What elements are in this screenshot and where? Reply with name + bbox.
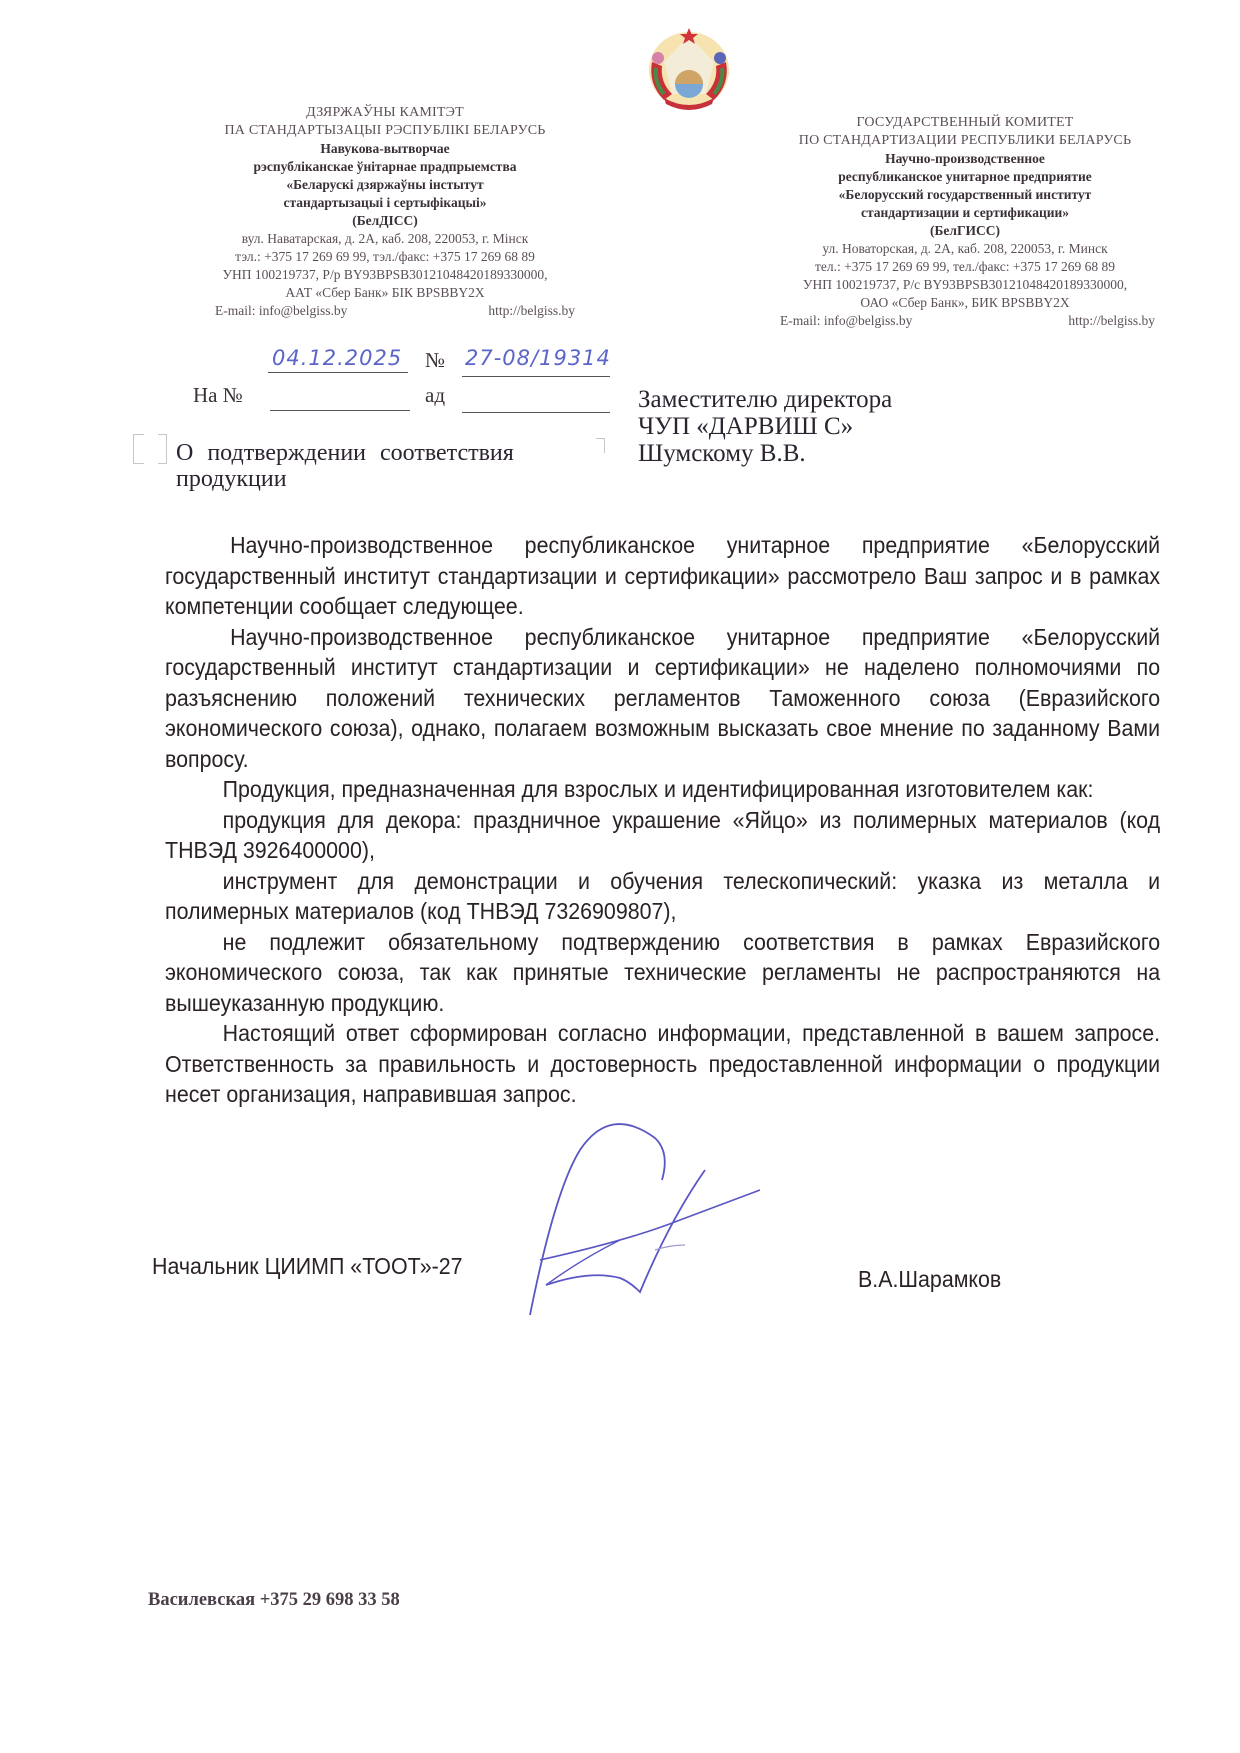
org-name-ru-2: стандартизации и сертификации» [745,204,1185,222]
outgoing-date: 04.12.2025 [272,346,402,370]
org-type-ru-2: республиканское унитарное предприятие [745,168,1185,186]
letterhead-belarusian: ДЗЯРЖАЎНЫ КАМІТЭТ ПА СТАНДАРТЫЗАЦЫІ РЭСП… [165,104,605,320]
belarus-state-emblem-icon [634,22,744,112]
org-name-ru: «Белорусский государственный институт [745,186,1185,204]
org-abbr-ru: (БелГИСС) [745,222,1185,240]
date-underline [268,372,408,373]
addressee-position: Заместителю директора [638,386,892,413]
paragraph-intro: Научно-производственное республиканское … [165,530,1160,622]
number-underline [462,376,610,377]
signatory-name: В.А.Шарамков [858,1266,1001,1293]
reply-to-label: На № [193,383,243,408]
letterhead-russian: ГОСУДАРСТВЕННЫЙ КОМИТЕТ ПО СТАНДАРТИЗАЦИ… [745,114,1185,330]
product-item-decor: продукция для декора: праздничное украше… [165,805,1160,866]
org-type-ru: Научно-производственное [745,150,1185,168]
paragraph-responsibility: Настоящий ответ сформирован согласно инф… [165,1018,1160,1110]
product-item-pointer: инструмент для демонстрации и обучения т… [165,866,1160,927]
addressee-name: Шумскому В.В. [638,440,892,467]
outgoing-number: 27-08/19314 [465,346,611,370]
signatory-title: Начальник ЦИИМП «ТООТ»-27 [152,1253,463,1280]
committee-name-ru-2: ПО СТАНДАРТИЗАЦИИ РЕСПУБЛИКИ БЕЛАРУСЬ [745,132,1185,150]
paragraph-products-intro: Продукция, предназначенная для взрослых … [165,774,1160,805]
address-ru: ул. Новаторская, д. 2А, каб. 208, 220053… [745,240,1185,258]
paragraph-conclusion: не подлежит обязательному подтверждению … [165,927,1160,1019]
number-label: № [425,348,445,373]
contacts-be: E-mail: info@belgiss.by http://belgiss.b… [165,302,605,320]
address-be: вул. Наватарская, д. 2А, каб. 208, 22005… [165,230,605,248]
from-label: ад [425,383,445,408]
letter-subject: О подтверждении соответствия продукции [176,440,514,492]
committee-name-be-2: ПА СТАНДАРТЫЗАЦЫІ РЭСПУБЛІКІ БЕЛАРУСЬ [165,122,605,140]
subject-bracket-left [133,434,144,464]
org-abbr-be: (БелДІСС) [165,212,605,230]
website-link-be[interactable]: http://belgiss.by [488,302,575,320]
paragraph-disclaimer: Научно-производственное республиканское … [165,622,1160,775]
letter-body: Научно-производственное республиканское … [165,530,1160,1110]
org-name-be: «Беларускі дзяржаўны інстытут [165,176,605,194]
addressee-organization: ЧУП «ДАРВИШ С» [638,413,892,440]
addressee-block: Заместителю директора ЧУП «ДАРВИШ С» Шум… [638,386,892,467]
handwritten-signature [480,1110,780,1320]
email-link-be[interactable]: E-mail: info@belgiss.by [215,302,347,320]
subject-bracket-right [596,438,605,453]
bank-name-be: ААТ «Сбер Банк» БІК BPSBBY2X [165,284,605,302]
from-field[interactable] [462,412,610,413]
bank-name-ru: ОАО «Сбер Банк», БИК BPSBBY2X [745,294,1185,312]
email-link-ru[interactable]: E-mail: info@belgiss.by [780,312,912,330]
phone-be: тэл.: +375 17 269 69 99, тэл./факс: +375… [165,248,605,266]
org-name-be-2: стандартызацыі і сертыфікацыі» [165,194,605,212]
bank-account-be: УНП 100219737, Р/р BY93BPSB3012104842018… [165,266,605,284]
committee-name-be: ДЗЯРЖАЎНЫ КАМІТЭТ [165,104,605,122]
contacts-ru: E-mail: info@belgiss.by http://belgiss.b… [745,312,1185,330]
subject-line-2: продукции [176,466,514,492]
phone-ru: тел.: +375 17 269 69 99, тел./факс: +375… [745,258,1185,276]
org-type-be: Навукова-вытворчае [165,140,605,158]
bank-account-ru: УНП 100219737, Р/с BY93BPSB3012104842018… [745,276,1185,294]
website-link-ru[interactable]: http://belgiss.by [1068,312,1155,330]
org-type-be-2: рэспубліканскае ўнітарнае прадпрыемства [165,158,605,176]
committee-name-ru: ГОСУДАРСТВЕННЫЙ КОМИТЕТ [745,114,1185,132]
executor-contact: Василевская +375 29 698 33 58 [148,1590,400,1611]
subject-bracket-left-2 [158,434,167,464]
subject-line-1: О подтверждении соответствия [176,440,514,466]
reply-to-field[interactable] [270,410,410,411]
